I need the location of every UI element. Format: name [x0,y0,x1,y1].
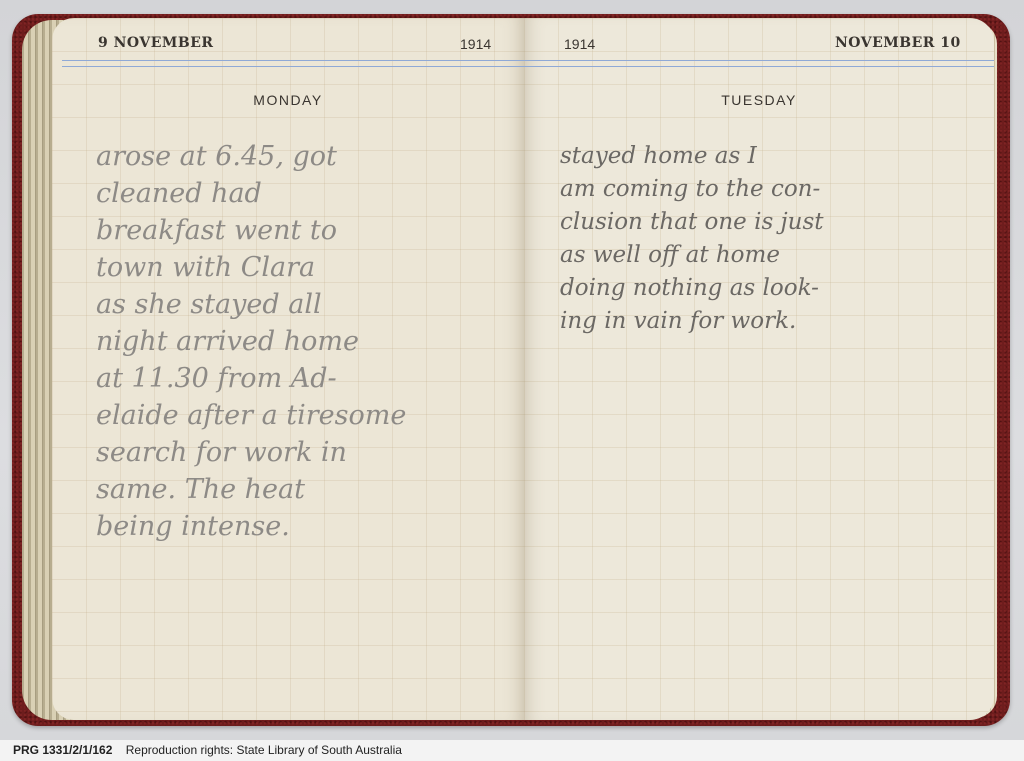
date-header-left: 9 NOVEMBER [98,35,214,51]
scan-background: 9 NOVEMBER 1914 MONDAY arose at 6.45, go… [0,0,1024,740]
handwriting-line: elaide after a tiresome [96,397,406,434]
handwriting-line: am coming to the con- [560,173,824,206]
handwriting-line: as well off at home [560,239,824,272]
header-rule-right [524,60,994,67]
weekday-left: MONDAY [52,92,524,108]
weekday-right: TUESDAY [524,92,994,108]
handwriting-line: doing nothing as look- [560,272,824,305]
diary-page-left: 9 NOVEMBER 1914 MONDAY arose at 6.45, go… [52,18,524,720]
handwriting-line: cleaned had [96,175,406,212]
date-header-right: NOVEMBER 10 [835,35,961,51]
year-left: 1914 [460,36,491,52]
handwritten-entry-right: stayed home as I am coming to the con- c… [560,140,824,338]
caption-bar: PRG 1331/2/1/162 Reproduction rights: St… [0,740,1024,761]
handwriting-line: stayed home as I [560,140,824,173]
handwriting-line: clusion that one is just [560,206,824,239]
handwriting-line: search for work in [96,434,406,471]
handwriting-line: as she stayed all [96,286,406,323]
handwriting-line: ing in vain for work. [560,305,824,338]
year-right: 1914 [564,36,595,52]
reproduction-rights: Reproduction rights: State Library of So… [126,743,402,757]
handwriting-line: town with Clara [96,249,406,286]
header-rule-left [62,60,524,67]
handwriting-line: breakfast went to [96,212,406,249]
handwriting-line: same. The heat [96,471,406,508]
diary-page-right: 1914 NOVEMBER 10 TUESDAY stayed home as … [524,18,994,720]
handwriting-line: at 11.30 from Ad- [96,360,406,397]
reference-number: PRG 1331/2/1/162 [13,743,112,757]
handwriting-line: night arrived home [96,323,406,360]
handwriting-line: arose at 6.45, got [96,138,406,175]
handwriting-line: being intense. [96,508,406,545]
handwritten-entry-left: arose at 6.45, got cleaned had breakfast… [96,138,406,545]
